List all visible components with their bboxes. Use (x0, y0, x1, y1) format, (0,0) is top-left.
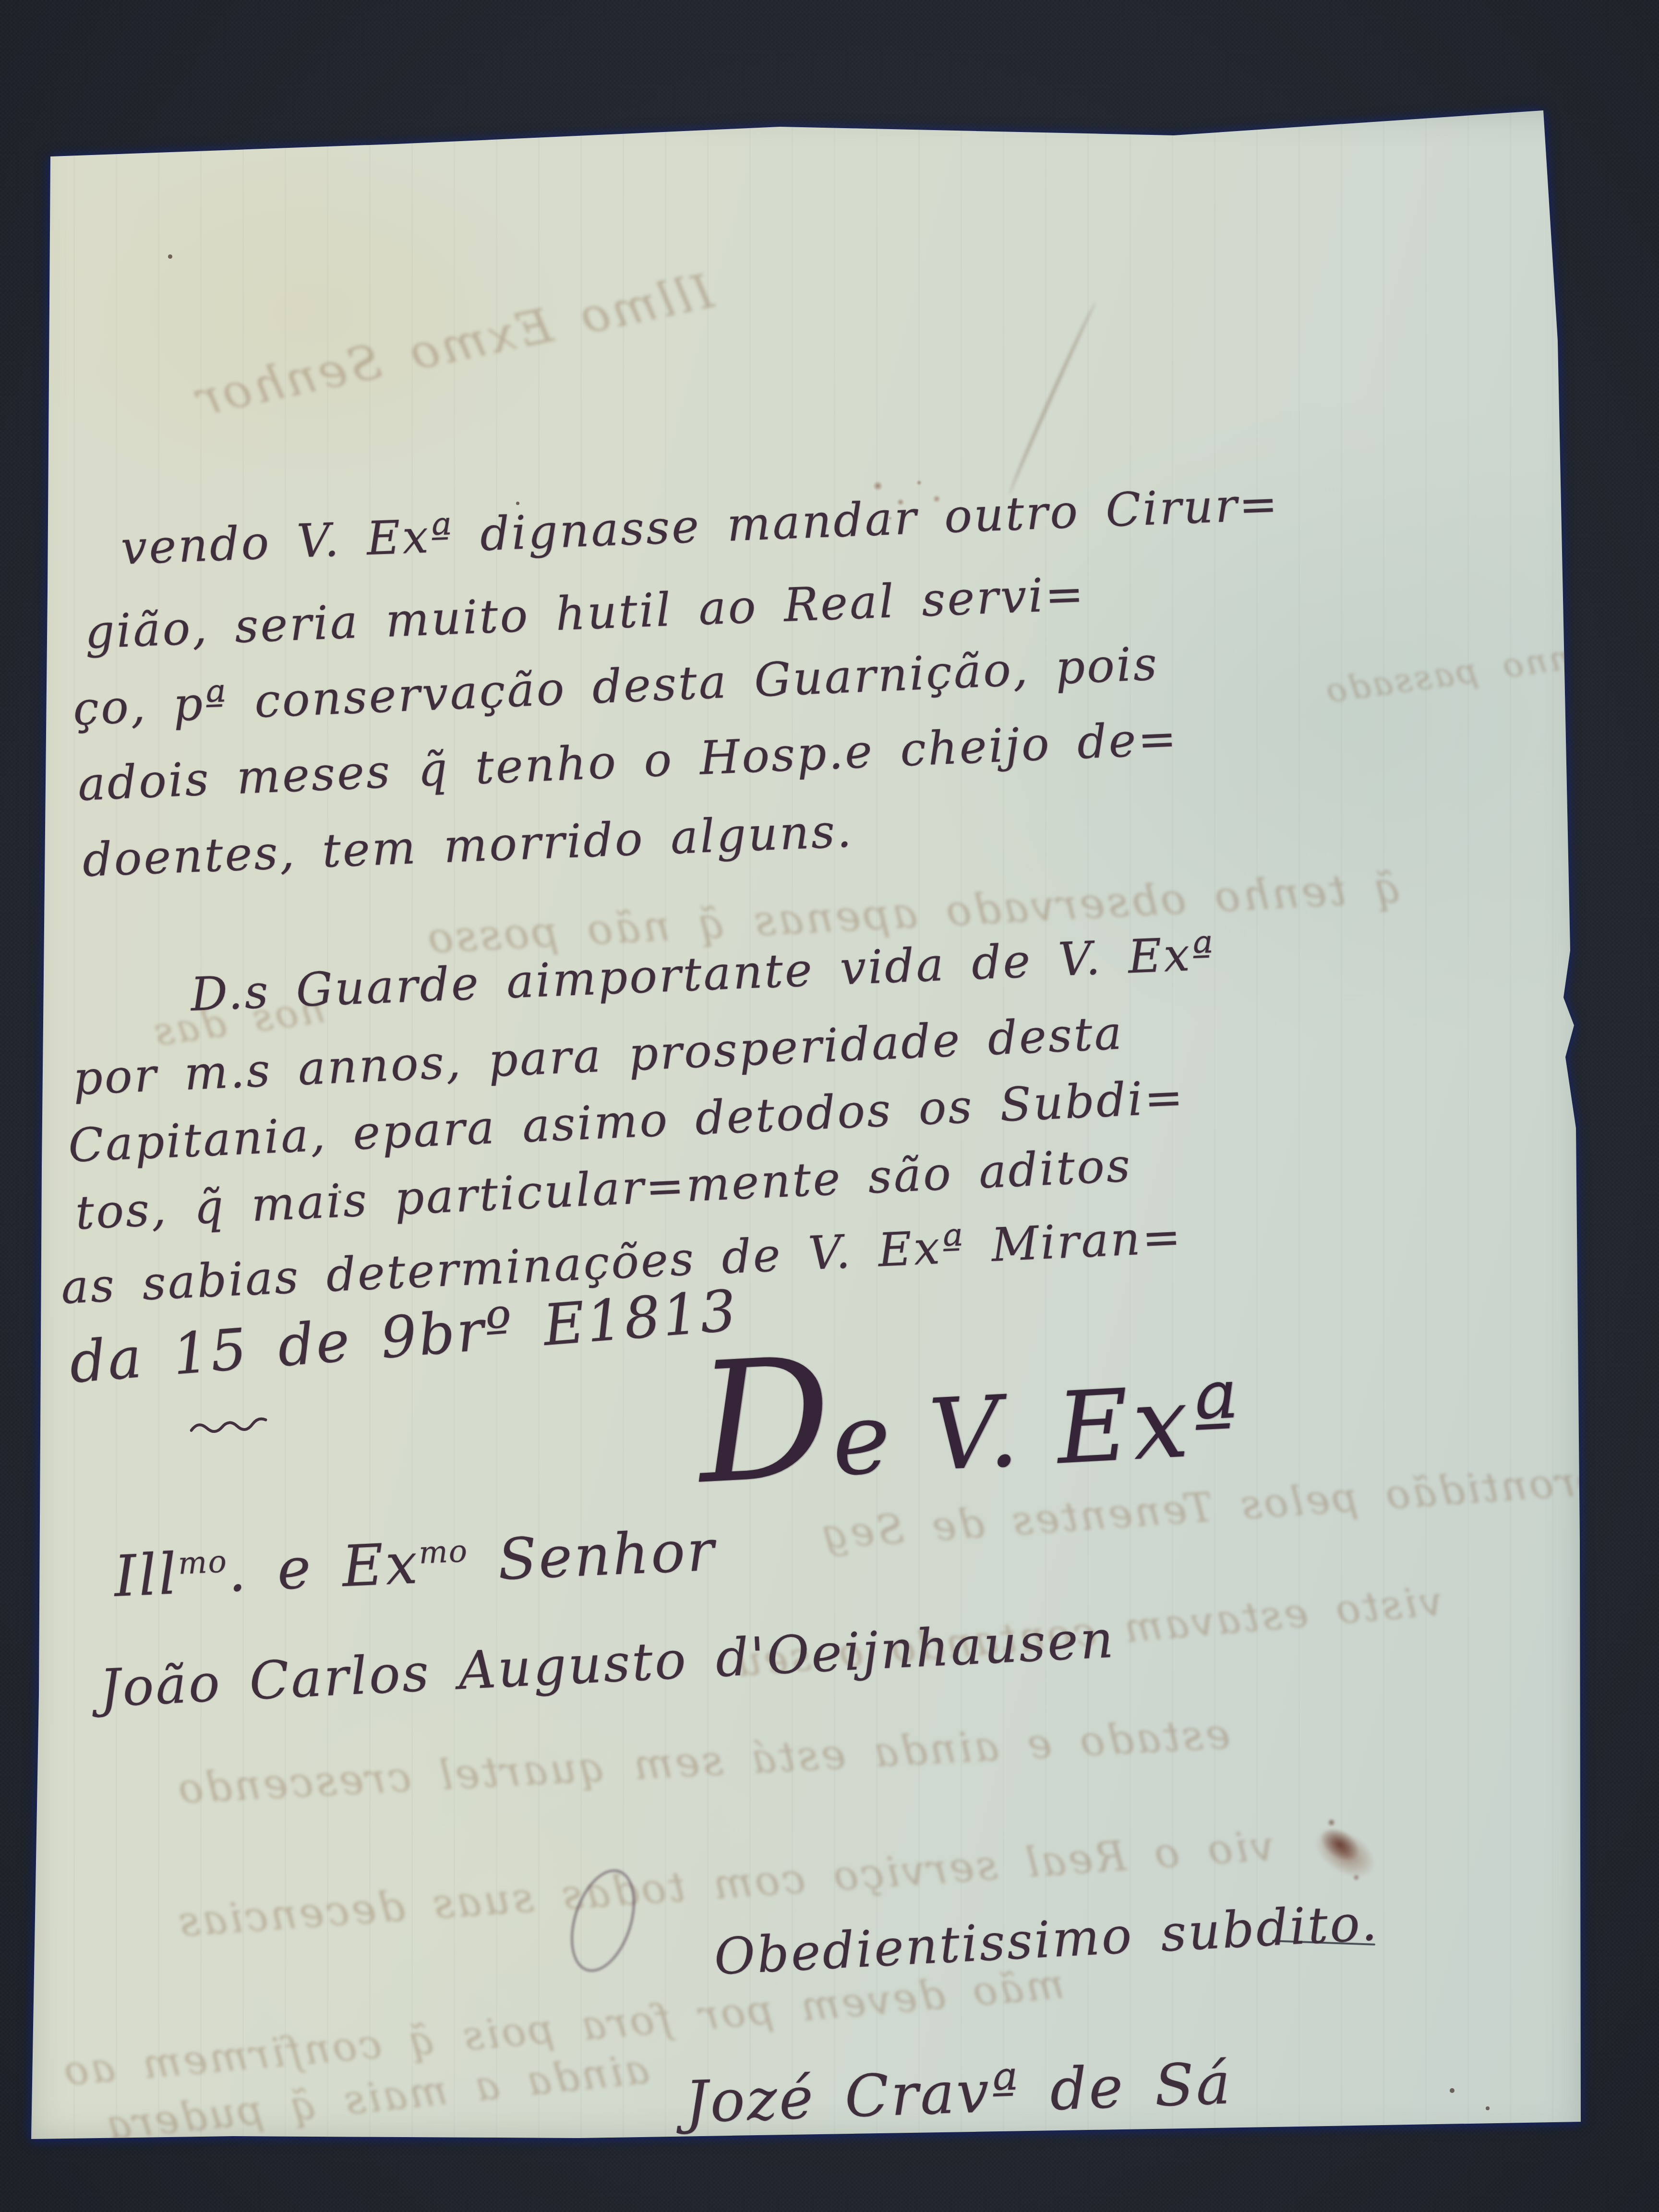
fly-speck (1486, 2106, 1490, 2110)
valediction: De V. Exª (695, 1335, 1245, 1505)
valediction-rest: e V. Exª (829, 1362, 1245, 1498)
fly-speck (1450, 2088, 1455, 2093)
address-part: . e Ex (226, 1530, 421, 1604)
body-line-1: vendo V. Exª dignasse mandar outro Cirur… (120, 479, 1280, 574)
address-honorific: Illmo. e Exmo Senhor (113, 1519, 717, 1608)
bleed-through-text: Illmo Exmo Senhor (190, 263, 718, 427)
address-part: Senhor (467, 1517, 717, 1594)
address-superscript: mo (177, 1544, 228, 1581)
valediction-initial: D (693, 1322, 836, 1521)
address-part: Ill (113, 1540, 180, 1610)
addressee-name: João Carlos Augusto d'Oeijnhausen (98, 1611, 1117, 1718)
body-line-5: doentes, tem morrido alguns. (82, 805, 854, 886)
paper-shadow: Illmo Exmo Senhor q̃ tenho observado ape… (31, 110, 1581, 2140)
photo-background: Illmo Exmo Senhor q̃ tenho observado ape… (0, 0, 1659, 2212)
fly-speck (516, 502, 519, 505)
address-superscript: mo (418, 1533, 469, 1571)
fly-speck (168, 254, 172, 259)
bleed-through-text: no anno passado (1322, 625, 1659, 711)
body-line-2: gião, seria muito hutil ao Real servi= (84, 569, 1086, 658)
signature: Jozé Cravª de Sá (684, 2052, 1233, 2135)
letter-page: Illmo Exmo Senhor q̃ tenho observado ape… (31, 110, 1581, 2140)
date-underline-flourish (189, 1414, 272, 1436)
bleed-through-text: estado e ainda está sem quartel crescend… (175, 1710, 1231, 1814)
bleed-through-flourish (1006, 301, 1099, 497)
